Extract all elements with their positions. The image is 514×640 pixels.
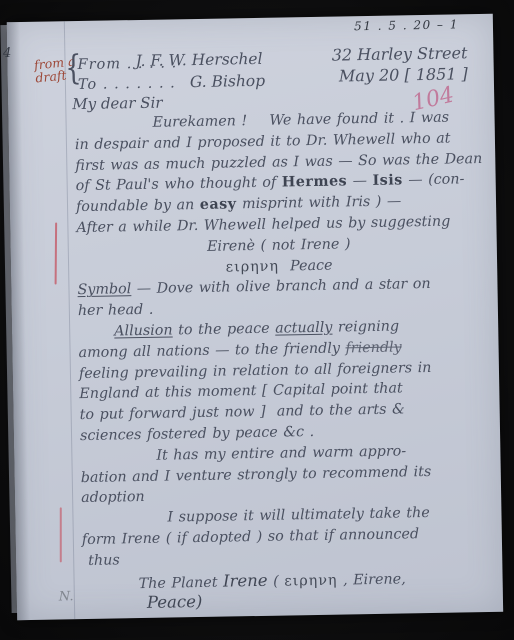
to-value: G. Bishop [190, 72, 266, 91]
letter-text-segment: Eurekamen ! [152, 113, 247, 131]
letter-text-segment: , Eirene, [337, 571, 405, 588]
red-margin-line-1 [55, 222, 58, 284]
letter-text-segment: sciences fostered by peace &c . [80, 424, 314, 444]
catalog-number: 51 . 5 . 20 – 1 [354, 17, 459, 33]
letter-text-segment: ( [267, 573, 284, 589]
letter-text-segment: actually [275, 320, 333, 337]
letter-text-segment: Peace [279, 257, 333, 274]
to-label: To . . . . . . . [78, 75, 176, 93]
letter-text-segment: We have found it . I was [247, 110, 449, 130]
address-block: 32 Harley Street May 20 [ 1851 ] [332, 42, 468, 86]
letter-text-segment: friendly [345, 339, 401, 356]
letter-text-segment: It has my entire and warm appro- [156, 443, 406, 463]
salutation: My dear Sir [72, 94, 163, 114]
letter-text-segment: misprint with Iris ) — [236, 194, 401, 213]
letter-text-segment: Peace) [147, 592, 203, 612]
red-margin-line-2 [60, 507, 62, 562]
scan-background: 4 51 . 5 . 20 – 1 from a draft { From . … [0, 0, 514, 640]
letter-text-segment: easy [200, 196, 237, 213]
letter-text-segment: Hermes [282, 174, 348, 191]
letter-text-segment: Eirenè ( not Irene ) [207, 236, 351, 255]
letter-text-segment: Isis [372, 173, 402, 190]
letter-page: 51 . 5 . 20 – 1 from a draft { From . . … [7, 14, 503, 620]
letter-text-segment: The Planet [138, 574, 223, 591]
letter-text-segment: Symbol [77, 282, 131, 299]
letter-text-segment: — (con- [403, 172, 465, 189]
edge-page-number: 4 [3, 46, 11, 61]
letter-text-segment: Irene [223, 570, 268, 590]
letter-text-segment: reigning [332, 318, 399, 335]
letter-text-segment: Allusion [114, 322, 173, 339]
letter-text-segment: foundable by an [76, 197, 200, 215]
letter-text-segment: her head . [78, 302, 154, 319]
letter-text-segment: thus [88, 552, 120, 569]
address-street: 32 Harley Street [332, 42, 468, 65]
letter-body: Eurekamen ! We have found it . I wasin d… [74, 109, 487, 615]
letter-text-segment: ειρηνη [284, 572, 338, 589]
pencil-initial: N. [59, 589, 74, 604]
letter-text-segment: among all nations — to the friendly [78, 340, 345, 361]
letter-text-segment: — [347, 173, 373, 189]
letter-text-segment: adoption [81, 489, 145, 506]
letter-text-segment: I suppose it will ultimately take the [167, 505, 430, 526]
from-value: J. F. W. Herschel [135, 50, 262, 70]
letter-text-segment: of St Paul's who thought of [76, 175, 282, 195]
letter-text-segment: to the peace [172, 321, 275, 339]
letter-text-segment: ειρηνη [226, 258, 280, 275]
